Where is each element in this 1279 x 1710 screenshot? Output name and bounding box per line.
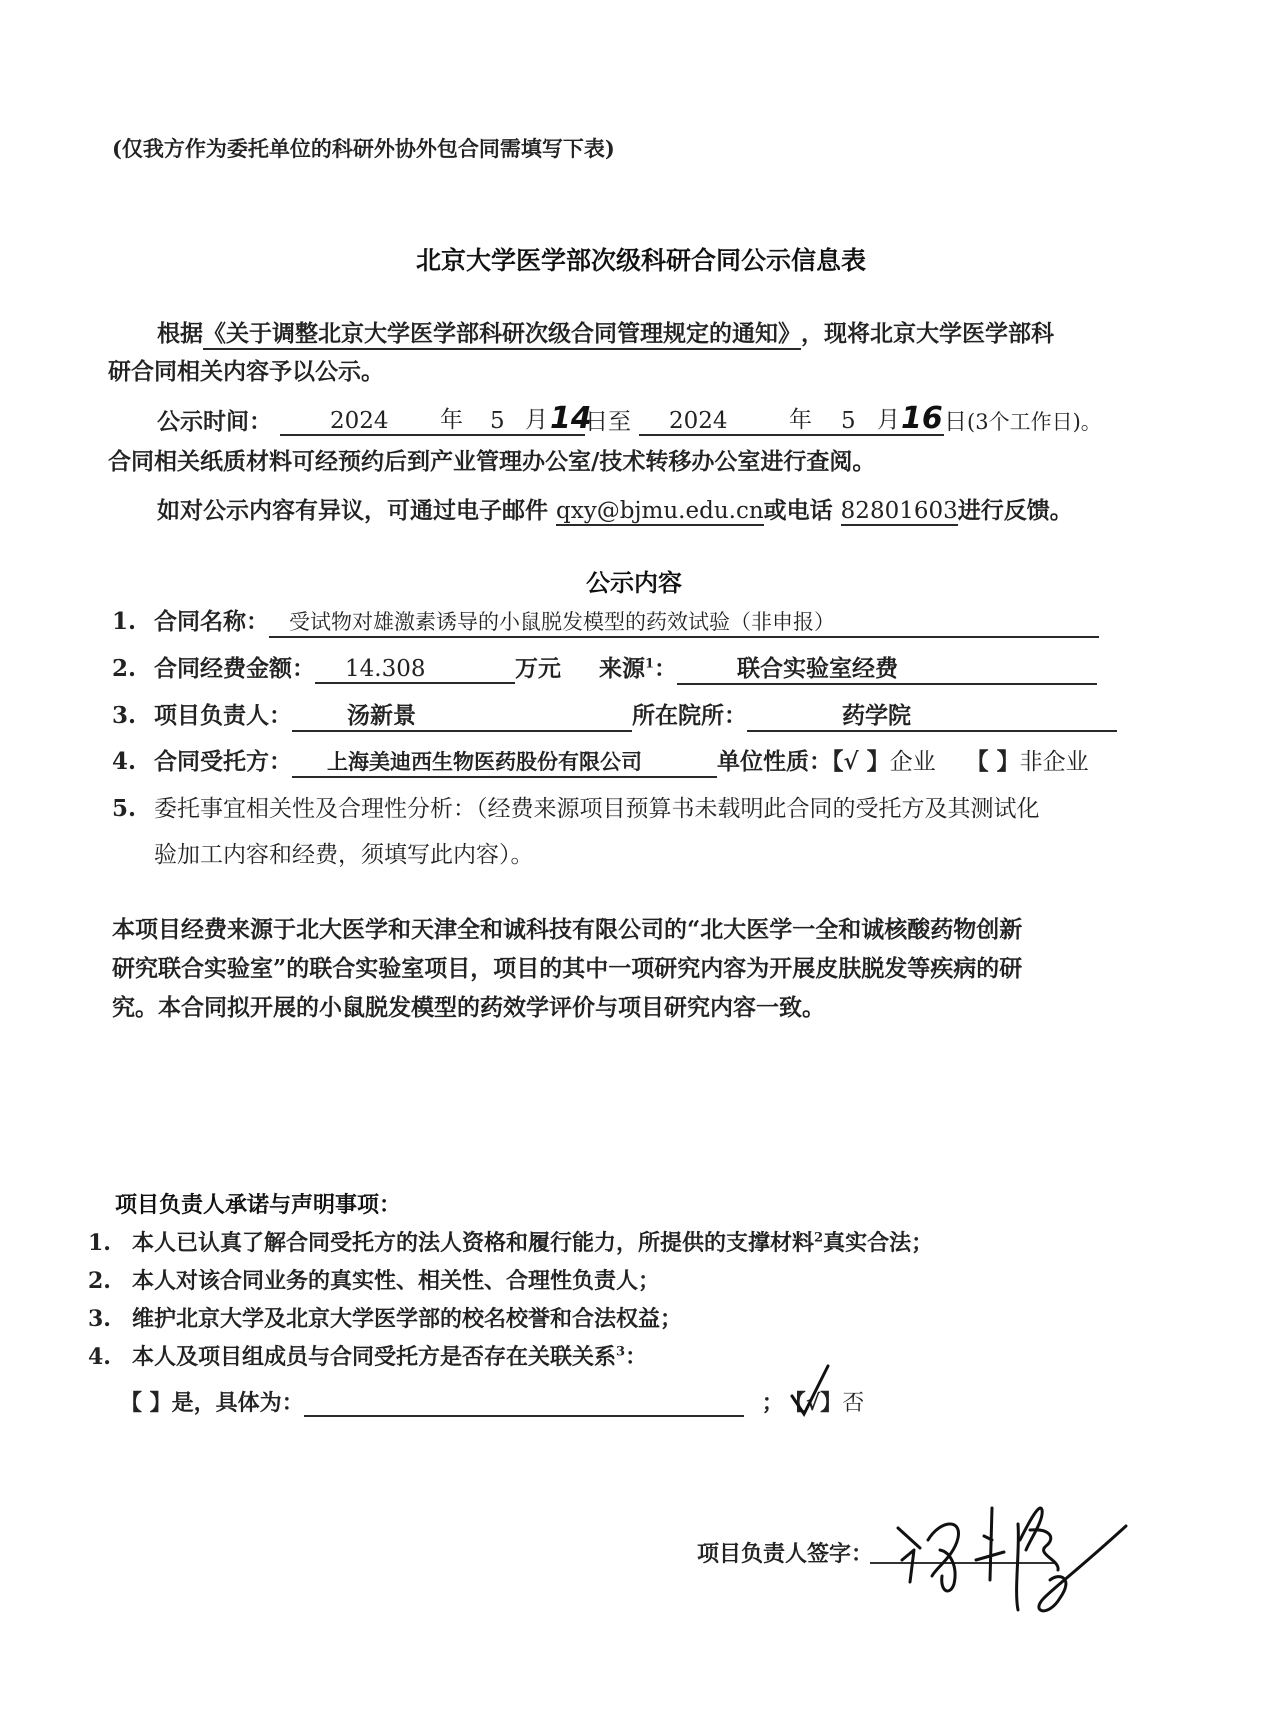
item-num: 1.: [112, 608, 154, 635]
intro-line-2: 研合同相关内容予以公示。: [108, 353, 384, 386]
publicity-period: 公示时间： 2024 年 5 月 14 日至 2024 年 5 月 16 日(3…: [157, 403, 1102, 435]
commitment-item: 3.维护北京大学及北京大学医学部的校名校誉和合法权益；: [88, 1302, 682, 1333]
item-contract-name: 1.合同名称：受试物对雄激素诱导的小鼠脱发模型的药效试验（非申报）: [112, 603, 1099, 638]
item-num: 2.: [88, 1268, 132, 1294]
dept-value: 药学院: [747, 697, 1117, 732]
end-day-handwritten: 16: [901, 401, 943, 436]
checkmark-icon: [788, 1364, 832, 1418]
source-colon: ：: [654, 655, 677, 682]
signature-label: 项目负责人签字：: [697, 1537, 873, 1568]
commitment-footnote: 2: [814, 1231, 823, 1246]
item-num: 2.: [112, 655, 154, 682]
publicity-label: 公示时间：: [157, 408, 272, 435]
start-date-field: 2024 年 5 月 14: [280, 408, 585, 436]
pi-label: 项目负责人：: [154, 702, 292, 729]
intro-prefix: 根据: [157, 320, 203, 347]
feedback-line: 如对公示内容有异议，可通过电子邮件 qxy@bjmu.edu.cn或电话 828…: [157, 492, 1073, 526]
end-month-unit: 月: [877, 401, 900, 434]
contract-name-value: 受试物对雄激素诱导的小鼠脱发模型的药效试验（非申报）: [269, 606, 1099, 638]
commitment-text: 本人及项目组成员与合同受托方是否存在关联关系: [132, 1344, 616, 1370]
enterprise-label: 企业: [890, 749, 936, 775]
item-analysis: 5.委托事宜相关性及合理性分析：（经费来源项目预算书未载明此合同的受托方及其测试…: [112, 790, 1040, 823]
analysis-text: 本项目经费来源于北大医学和天津全和诚科技有限公司的“北大医学一全和诚核酸药物创新…: [112, 910, 1022, 1027]
commitment-item: 1.本人已认真了解合同受托方的法人资格和履行能力，所提供的支撑材料2真实合法；: [88, 1226, 933, 1257]
feedback-suffix: 进行反馈。: [958, 497, 1073, 524]
non-enterprise-checkbox[interactable]: 【 】: [966, 748, 1020, 775]
intro-line-1: 根据《关于调整北京大学医学部科研次级合同管理规定的通知》，现将北京大学医学部科: [157, 315, 1054, 350]
funding-unit: 万元: [515, 655, 561, 682]
notice-title-link: 《关于调整北京大学医学部科研次级合同管理规定的通知》: [203, 315, 801, 350]
relation-no-checkbox[interactable]: 【√】: [784, 1386, 842, 1417]
start-year: 2024: [330, 408, 389, 434]
feedback-prefix: 如对公示内容有异议，可通过电子邮件: [157, 497, 556, 524]
start-day-unit: 日至: [585, 409, 631, 435]
working-days: (3个工作日)。: [967, 410, 1102, 434]
non-enterprise-label: 非企业: [1020, 749, 1089, 775]
commitments-title: 项目负责人承诺与声明事项：: [115, 1188, 401, 1219]
item-num: 3.: [112, 702, 154, 729]
source-footnote: 1: [645, 656, 654, 671]
analysis-text-line: 究。本合同拟开展的小鼠脱发模型的药效学评价与项目研究内容一致。: [112, 988, 1022, 1027]
item-num: 3.: [88, 1306, 132, 1332]
feedback-phone[interactable]: 82801603: [841, 498, 958, 526]
analysis-label-line-1: 委托事宜相关性及合理性分析：（经费来源项目预算书未载明此合同的受托方及其测试化: [154, 796, 1040, 822]
contractor-value: 上海美迪西生物医药股份有限公司: [292, 746, 717, 778]
source-value: 联合实验室经费: [677, 650, 1097, 685]
start-day-handwritten: 14: [550, 401, 592, 436]
relation-detail-field[interactable]: [304, 1391, 744, 1417]
funding-label: 合同经费金额：: [154, 655, 315, 682]
analysis-text-line: 研究联合实验室”的联合实验室项目，项目的其中一项研究内容为开展皮肤脱发等疾病的研: [112, 949, 1022, 988]
end-year: 2024: [669, 408, 728, 434]
commitment-item: 2.本人对该合同业务的真实性、相关性、合理性负责人；: [88, 1264, 660, 1295]
relation-yes-checkbox[interactable]: 【 】: [120, 1390, 172, 1416]
enterprise-checkbox[interactable]: 【√ 】: [832, 748, 890, 775]
relation-row: 【 】是，具体为：；【√】否: [120, 1386, 864, 1417]
commitment-item: 4.本人及项目组成员与合同受托方是否存在关联关系3：: [88, 1340, 647, 1371]
nature-label: 单位性质：: [717, 748, 832, 775]
item-num: 4.: [112, 748, 154, 775]
section-title: 公示内容: [586, 563, 682, 598]
pi-value: 汤新景: [292, 697, 632, 732]
feedback-middle: 或电话: [764, 497, 841, 524]
relation-no-label: 否: [842, 1391, 864, 1416]
commitment-text: 维护北京大学及北京大学医学部的校名校誉和合法权益；: [132, 1306, 682, 1332]
contract-name-label: 合同名称：: [154, 608, 269, 635]
item-pi: 3.项目负责人：汤新景所在院所：药学院: [112, 697, 1117, 732]
relation-yes-colon: ：: [282, 1390, 304, 1416]
page-title: 北京大学医学部次级科研合同公示信息表: [416, 241, 866, 277]
item-num: 1.: [88, 1230, 132, 1256]
start-month: 5: [490, 408, 505, 434]
materials-note: 合同相关纸质材料可经预约后到产业管理办公室/技术转移办公室进行查阅。: [108, 443, 875, 476]
commitment-tail: 真实合法；: [823, 1230, 933, 1256]
feedback-email[interactable]: qxy@bjmu.edu.cn: [556, 498, 764, 526]
end-month: 5: [841, 408, 856, 434]
relation-separator: ；: [762, 1390, 784, 1416]
analysis-label-line-2: 验加工内容和经费，须填写此内容）。: [154, 836, 534, 869]
intro-suffix: ，现将北京大学医学部科: [801, 320, 1054, 347]
source-label: 来源: [599, 655, 645, 682]
dept-label: 所在院所：: [632, 702, 747, 729]
commitment-tail: ：: [625, 1344, 647, 1370]
funding-amount: 14.308: [315, 656, 515, 684]
contractor-label: 合同受托方：: [154, 748, 292, 775]
end-date-field: 2024 年 5 月 16: [639, 408, 944, 436]
commitment-footnote: 3: [616, 1345, 625, 1360]
end-day-unit: 日: [944, 409, 967, 435]
item-contractor: 4.合同受托方：上海美迪西生物医药股份有限公司单位性质：【√ 】企业【 】非企业: [112, 743, 1089, 778]
handwritten-signature-icon: [880, 1480, 1180, 1630]
item-num: 5.: [112, 795, 154, 822]
item-num: 4.: [88, 1344, 132, 1370]
commitment-text: 本人已认真了解合同受托方的法人资格和履行能力，所提供的支撑材料: [132, 1230, 814, 1256]
analysis-text-line: 本项目经费来源于北大医学和天津全和诚科技有限公司的“北大医学一全和诚核酸药物创新: [112, 910, 1022, 949]
relation-yes-label: 是，具体为: [172, 1390, 282, 1416]
item-funding: 2.合同经费金额：14.308万元来源1：联合实验室经费: [112, 650, 1097, 685]
header-note: (仅我方作为委托单位的科研外协外包合同需填写下表): [112, 133, 615, 163]
start-year-unit: 年: [440, 401, 463, 434]
commitment-text: 本人对该合同业务的真实性、相关性、合理性负责人；: [132, 1268, 660, 1294]
start-month-unit: 月: [525, 401, 548, 434]
end-year-unit: 年: [789, 401, 812, 434]
